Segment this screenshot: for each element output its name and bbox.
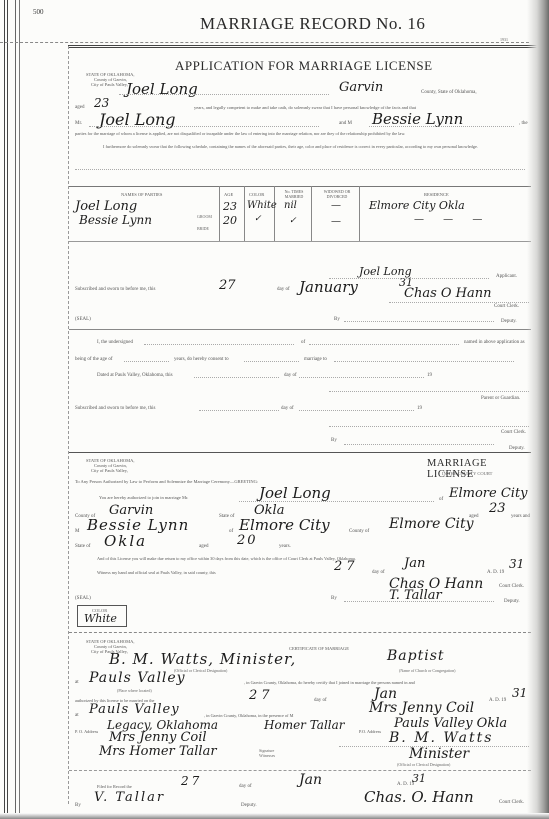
parent-line [329,391,529,392]
consent-label: years, do hereby consent to [174,357,229,362]
consent-line [244,361,299,362]
seal-label: (SEAL) [75,317,91,322]
row-color: ✓ [254,214,262,224]
filed-clerk-signature: Chas. O. Hann [364,788,474,806]
of-label: of [301,340,305,345]
consent-month-line [299,410,414,411]
consent-day-of-label: day of [281,406,294,411]
clerk-sig-line [389,302,529,303]
marriage-to-label: marriage to [304,357,327,362]
m-label: M [75,529,79,534]
row-name: Joel Long [75,199,137,214]
row-residence: — — — [414,214,490,225]
certify-text: , in Garvin County, Oklahoma, do hereby … [244,680,415,685]
state-label: State of [219,514,234,519]
by-label: By [334,317,340,322]
years-label: years. [279,544,291,549]
section-rule [69,452,531,453]
bride-line [369,126,514,127]
clerk-signature: Chas O Hann [404,286,492,301]
county-state-label: County, State of Oklahoma, [421,90,477,95]
license-title: MARRIAGE LICENSE [427,458,531,480]
license-seal-label: (SEAL) [75,596,91,601]
cert-day: 27 [249,688,274,703]
header-rule [0,42,529,43]
deputy-label: Deputy. [501,319,517,324]
subscribed-day: 27 [219,278,236,293]
row-times: nil [284,200,297,211]
applicant-sig-line [329,278,489,279]
ad-label: A. D. 19 [487,570,504,575]
dated-line [194,377,279,378]
bride-state: Okla [104,532,147,550]
row-widowed: — [331,200,341,211]
cert-day-of-label: day of [314,698,327,703]
application-title: APPLICATION FOR MARRIAGE LICENSE [175,58,433,74]
consent-year-label: 19 [417,406,422,411]
officiant: B. M. Watts, Minister, [109,650,296,668]
applicant-signature: Joel Long [359,265,412,278]
row-role: BRIDE [197,226,209,231]
aged-label: aged [75,105,84,110]
consent-clerk-line [329,426,529,427]
further-text: I furthermore do solemnly swear that the… [75,144,527,150]
binding-line [15,0,16,819]
marriage-to-line [334,361,514,362]
bride-county: Elmore City [389,516,474,532]
consent-court-clerk-label: Court Clerk. [501,430,526,435]
place2: Pauls Valley [89,702,180,717]
greeting-text: To Any Person Authorized by Law to Perfo… [75,479,258,484]
of-label: of [229,529,233,534]
record-title: MARRIAGE RECORD No. 16 [200,14,425,34]
witness-text: Witness my hand and official seal at Pau… [97,570,216,575]
filed-court-clerk-label: Court Clerk. [499,800,524,805]
license-subtitle: IN THE COUNTY COURT [442,471,492,476]
po-label2: P.O. Address [359,729,381,734]
year-label: 19 [427,373,432,378]
table-bottom-rule [69,241,531,242]
bride-county-label: County of [349,529,369,534]
filed-by-label: By [75,803,81,808]
cert-year: 31 [512,686,527,700]
being-age-label: being of the age of [75,357,113,362]
at-label: at [75,680,79,685]
authorized-label: You are hereby authorized to join in mar… [99,495,188,500]
license-day: 27 [334,559,359,574]
subscribed-label: Subscribed and sworn to before me, this [75,287,155,292]
license-court-clerk-label: Court Clerk. [499,584,524,589]
col-header-times: No. TIMES MARRIED [279,189,309,199]
section-rule [69,329,531,330]
place: Pauls Valley [89,670,186,686]
binding-line [7,0,8,819]
col-header-names: NAMES OF PARTIES [121,192,162,197]
day-of-label: day of [284,373,297,378]
groom-city: Elmore City [449,486,528,501]
return-text: And of this License you will make due re… [97,556,356,561]
undersigned-label: I, the undersigned [97,340,133,345]
day-of-label: day of [277,287,290,292]
color-value: White [84,612,117,625]
filed-day-of-label: day of [239,784,252,789]
minister-caption: (Official or Clerical Designation) [397,762,450,767]
witness2-inline: Homer Tallar [264,718,345,732]
license-groom-name: Joel Long [259,484,331,502]
page-number: 500 [33,8,44,16]
col-header-age: AGE [224,192,233,197]
license-year: 31 [509,557,524,571]
binding-line [19,0,20,819]
license-deputy-label: Deputy. [504,599,520,604]
day-of-label: day of [372,570,385,575]
of-line [309,344,459,345]
binding-line [4,0,5,819]
filed-day: 27 [181,774,202,788]
of-label: of [439,497,443,502]
bride-age: 20 [237,533,258,548]
consent-by-label: By [331,438,337,443]
blank-line [75,169,525,170]
church: Baptist [387,648,445,664]
church-caption: (Name of Church or Congregation) [399,668,455,673]
row-age: 20 [223,214,237,227]
filed-label: Filed for Record the [97,784,132,789]
col-divider [359,186,360,241]
applicant-county: Garvin [339,80,383,95]
court-clerk-label: Court Clerk. [494,304,519,309]
filed-year: 31 [412,772,426,785]
parties-text: parties for the marriage of whom a licen… [75,131,527,137]
bride-aged-label: aged [199,544,208,549]
deputy-line [344,321,494,322]
document-page: 500 MARRIAGE RECORD No. 16 1931 APPLICAT… [0,0,549,819]
bride-city: Elmore City [239,516,330,534]
place-caption: (Place where located) [117,688,152,693]
col-divider [244,186,245,241]
mr-label: Mr. [75,121,82,126]
po-address2: Pauls Valley Okla [394,716,507,731]
license-deputy-line [344,601,494,602]
state-label: State of [75,544,90,549]
named-label: named in above application as [464,340,525,345]
and-label: and M [339,121,352,126]
col-divider [219,186,220,241]
witness1: Mrs Jenny Coil [369,700,474,716]
filed-month: Jan [299,772,322,788]
consent-deputy-label: Deputy. [509,446,525,451]
col-header-color: COLOR [249,192,264,197]
table-top-rule [69,186,531,187]
certificate-title: CERTIFICATE OF MARRIAGE [289,646,349,651]
month-line [299,377,424,378]
scan-bottom-shadow [0,813,549,819]
form-frame: APPLICATION FOR MARRIAGE LICENSE STATE O… [68,46,531,804]
consent-deputy-line [344,444,494,445]
minister-signature: B. M. Watts [389,730,493,746]
color-box: COLOR White [77,605,127,627]
row-age: 23 [223,200,237,213]
groom-line [89,126,319,127]
row-role: GROOM [197,214,212,219]
applicant-line [119,94,329,95]
row-times: ✓ [289,216,297,226]
license-by-label: By [331,596,337,601]
witness-sig1: Mrs Jenny Coil [109,730,207,745]
section-rule [69,770,531,771]
dated-label: Dated at Pauls Valley, Oklahoma, this [97,373,173,378]
witness-sig2: Mrs Homer Tallar [99,744,217,759]
undersigned-line [144,344,294,345]
col-header-widowed: WIDOWED OR DIVORCED [317,189,357,199]
col-divider [311,186,312,241]
consent-subscribed-label: Subscribed and sworn to before me, this [75,406,155,411]
parent-label: Parent or Guardian. [481,396,520,401]
row-residence: Elmore City Okla [369,199,465,212]
groom-age: 23 [489,501,506,516]
row-widowed: — [331,216,341,227]
filed-deputy-label: Deputy. [241,803,257,808]
license-venue: STATE OF OKLAHOMA, County of Garvin, Cit… [86,458,135,473]
col-header-residence: RESIDENCE [424,192,449,197]
scan-edge-shadow [527,0,549,819]
col-divider [274,186,275,241]
subscribed-month: January [299,278,358,296]
license-month: Jan [404,556,425,571]
witness-caption: Signature Witnesses [259,748,284,758]
age-line [124,361,169,362]
row-color: White [247,200,277,211]
row-name: Bessie Lynn [79,213,152,227]
po-label: P. O. Address [75,729,98,734]
filed-deputy-signature: V. Tallar [94,790,165,805]
applicant-age: 23 [94,96,109,110]
venue-city: City of Pauls Valley, [86,468,135,473]
at2-label: at [75,713,79,718]
section-rule [69,632,531,633]
cert-ad-label: A. D. 19 [489,698,506,703]
consent-day-line [199,410,279,411]
minister-title: Minister [409,746,469,762]
applicant-name: Joel Long [126,80,198,98]
groom-name-line [239,501,434,502]
applicant-label: Applicant. [496,274,517,279]
